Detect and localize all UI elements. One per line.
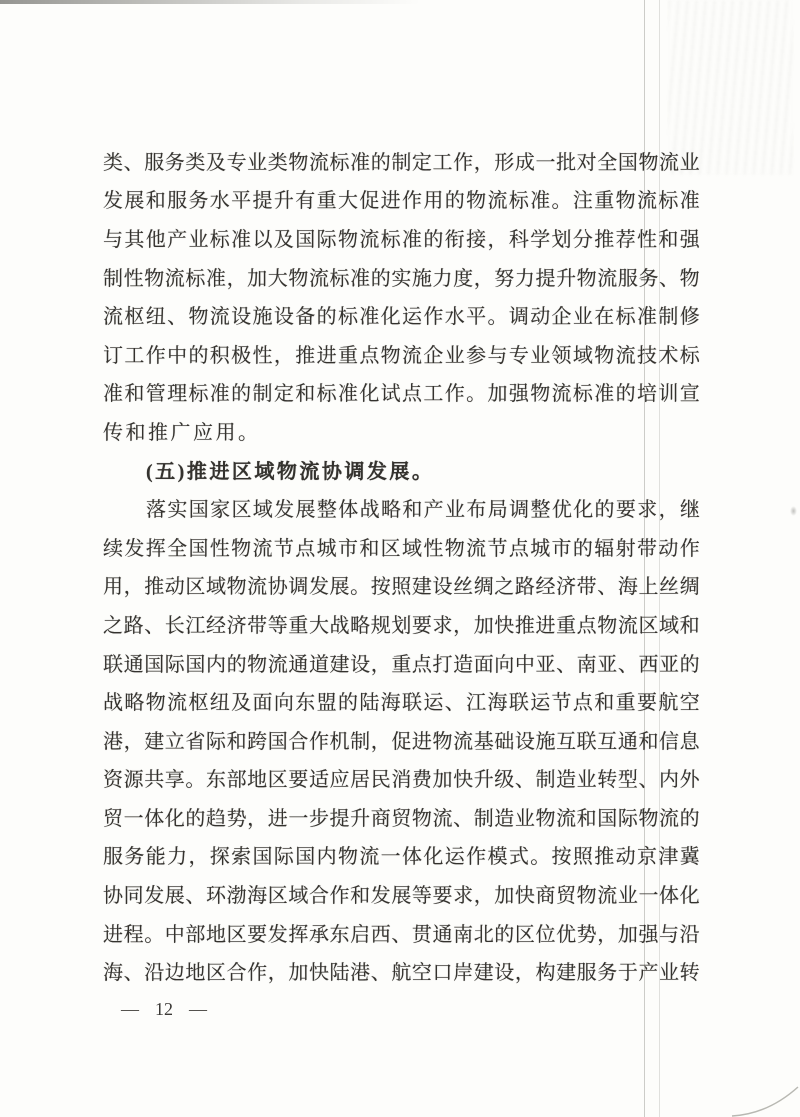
text-line: 续发挥全国性物流节点城市和区域性物流节点城市的辐射带动作 [103, 527, 700, 566]
document-body-text: 类、服务类及专业类物流标准的制定工作，形成一批对全国物流业发展和服务水平提升有重… [103, 141, 700, 990]
text-line: 落实国家区域发展整体战略和产业布局调整优化的要求，继 [103, 488, 700, 527]
paragraph-continuation: 类、服务类及专业类物流标准的制定工作，形成一批对全国物流业发展和服务水平提升有重… [103, 141, 700, 450]
scanned-document-page: { "page": { "background_color": "#fdfdfb… [0, 0, 800, 1117]
page-background: 类、服务类及专业类物流标准的制定工作，形成一批对全国物流业发展和服务水平提升有重… [0, 0, 800, 1117]
text-line: 流枢纽、物流设施设备的标准化运作水平。调动企业在标准制修 [103, 295, 700, 334]
page-number-right-dash: — [189, 999, 207, 1020]
text-line: 用，推动区域物流协调发展。按照建设丝绸之路经济带、海上丝绸 [103, 566, 700, 605]
text-line: 发展和服务水平提升有重大促进作用的物流标准。注重物流标准 [103, 180, 700, 219]
text-line: 与其他产业标准以及国际物流标准的衔接，科学划分推荐性和强 [103, 218, 700, 257]
text-line: 联通国际国内的物流通道建设，重点打造面向中亚、南亚、西亚的 [103, 643, 700, 682]
page-curl-mark [730, 1083, 800, 1117]
page-number: — 12 — [121, 996, 207, 1022]
text-line: 资源共享。东部地区要适应居民消费加快升级、制造业转型、内外 [103, 759, 700, 798]
text-line: 协同发展、环渤海区域合作和发展等要求，加快商贸物流业一体化 [103, 874, 700, 913]
scan-speck [790, 506, 797, 516]
text-line: 制性物流标准，加大物流标准的实施力度，努力提升物流服务、物 [103, 257, 700, 296]
paragraph-region-logistics: 落实国家区域发展整体战略和产业布局调整优化的要求，继续发挥全国性物流节点城市和区… [103, 488, 700, 990]
text-line: 类、服务类及专业类物流标准的制定工作，形成一批对全国物流业 [103, 141, 700, 180]
text-line: 贸一体化的趋势，进一步提升商贸物流、制造业物流和国际物流的 [103, 797, 700, 836]
text-line: 港，建立省际和跨国合作机制，促进物流基础设施互联互通和信息 [103, 720, 700, 759]
text-line: 服务能力，探索国际国内物流一体化运作模式。按照推动京津冀 [103, 836, 700, 875]
text-line: 战略物流枢纽及面向东盟的陆海联运、江海联运节点和重要航空 [103, 681, 700, 720]
section-heading: (五)推进区域物流协调发展。 [103, 450, 700, 489]
text-line: 准和管理标准的制定和标准化试点工作。加强物流标准的培训宣 [103, 373, 700, 412]
text-line: 传和推广应用。 [103, 411, 700, 450]
text-line: 进程。中部地区要发挥承东启西、贯通南北的区位优势，加强与沿 [103, 913, 700, 952]
text-line: 订工作中的积极性，推进重点物流企业参与专业领域物流技术标 [103, 334, 700, 373]
text-line: 海、沿边地区合作，加快陆港、航空口岸建设，构建服务于产业转 [103, 951, 700, 990]
text-line: 之路、长江经济带等重大战略规划要求，加快推进重点物流区域和 [103, 604, 700, 643]
scanner-edge-smudge [0, 0, 420, 4]
page-number-value: 12 [155, 999, 173, 1020]
page-number-left-dash: — [121, 999, 139, 1020]
